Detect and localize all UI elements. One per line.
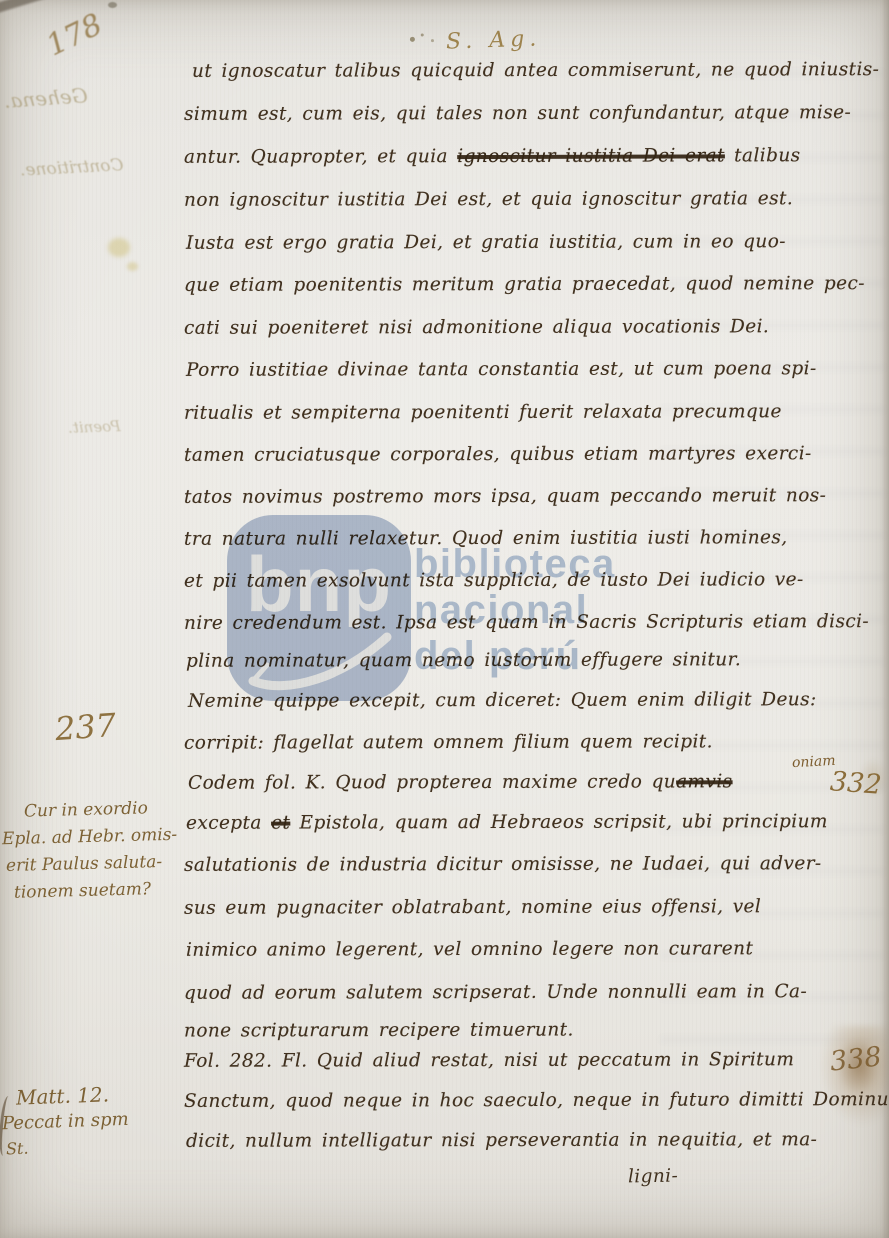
text-line: ritualis et sempiterna poenitenti fuerit… — [184, 401, 782, 424]
text-line: antur. Quapropter, et quia ignoscitur iu… — [184, 145, 801, 168]
page-header-title: S. Ag. — [446, 26, 542, 54]
text-line: Porro iustitiae divinae tanta constantia… — [186, 358, 817, 381]
paper-stain — [127, 262, 138, 271]
corner-ink-mark — [0, 0, 48, 14]
text-line: que etiam poenitentis meritum gratia pra… — [184, 273, 865, 296]
text-line: plina nominatur, quam nemo iustorum effu… — [186, 649, 741, 671]
text-segment: talibus — [725, 145, 801, 166]
text-segment: excepta — [186, 813, 271, 834]
text-line: Sanctum, quod neque in hoc saeculo, nequ… — [184, 1089, 889, 1112]
text-line: nire credendum est. Ipsa est quam in Sac… — [184, 611, 869, 634]
margin-note-matthew-line: Matt. 12. — [16, 1082, 110, 1109]
text-line: tatos novimus postremo mors ipsa, quam p… — [184, 485, 826, 508]
text-line: cati sui poeniteret nisi admonitione ali… — [184, 316, 769, 339]
text-line: salutationis de industria dicitur omisis… — [184, 853, 822, 876]
struck-text: et — [271, 813, 290, 834]
bleedthrough-word: Gehena. — [3, 83, 88, 113]
text-line: corripit: flagellat autem omnem filium q… — [184, 731, 713, 753]
catchword: ligni- — [628, 1166, 679, 1188]
text-line: simum est, cum eis, qui tales non sunt c… — [184, 102, 851, 125]
margin-note-matthew-line: Peccat in spm — [2, 1109, 129, 1134]
marginal-correction-superscript: oniam — [792, 753, 836, 771]
text-line: inimico animo legerent, vel omnino leger… — [186, 938, 753, 960]
margin-note-hebrews-line: Epla. ad Hebr. omis- — [2, 825, 178, 850]
page-number-332: 332 — [829, 766, 883, 801]
struck-text: ignoscitur iustitia Dei erat — [457, 145, 725, 167]
text-segment: antur. Quapropter, et quia — [184, 146, 457, 168]
text-segment: Codem fol. K. Quod propterea maxime cred… — [188, 771, 676, 793]
page-edge-shadow — [881, 0, 889, 1238]
bleedthrough-word: Poenit. — [68, 417, 121, 437]
text-line: Fol. 282. Fl. Quid aliud restat, nisi ut… — [184, 1049, 794, 1072]
text-line: excepta et Epistola, quam ad Hebraeos sc… — [186, 811, 828, 834]
ink-speck — [108, 2, 117, 8]
text-line: ut ignoscatur talibus quicquid antea com… — [192, 59, 879, 82]
text-line: quod ad eorum salutem scripserat. Unde n… — [184, 981, 807, 1004]
margin-folio-number: 237 — [54, 706, 118, 748]
margin-note-hebrews-line: tionem suetam? — [14, 879, 151, 903]
paper-stain — [108, 238, 130, 257]
struck-text: amvis — [676, 771, 732, 792]
margin-note-hebrews-line: erit Paulus saluta- — [6, 852, 163, 876]
bleedthrough-word: Contritione. — [20, 155, 124, 180]
text-line: Codem fol. K. Quod propterea maxime cred… — [188, 771, 733, 793]
text-segment: Epistola, quam ad Hebraeos scripsit, ubi… — [290, 811, 828, 833]
manuscript-page: S. Ag. ut ignoscatur talibus quicquid an… — [0, 0, 889, 1238]
text-line: Nemine quippe excepit, cum diceret: Quem… — [188, 689, 817, 712]
text-line: et pii tamen exsolvunt ista supplicia, d… — [184, 569, 804, 592]
margin-note-hebrews-line: Cur in exordio — [24, 798, 148, 821]
text-line: dicit, nullum intelligatur nisi persever… — [186, 1129, 817, 1152]
text-line: Iusta est ergo gratia Dei, et gratia ius… — [186, 231, 786, 254]
text-line: non ignoscitur iustitia Dei est, et quia… — [184, 188, 793, 211]
bleedthrough-number: 178 — [41, 7, 108, 64]
page-number-338: 338 — [829, 1041, 884, 1077]
text-line: tamen cruciatusque corporales, quibus et… — [184, 443, 812, 466]
text-line: none scripturarum recipere timuerunt. — [184, 1019, 574, 1041]
text-line: sus eum pugnaciter oblatrabant, nomine e… — [184, 896, 761, 919]
margin-note-matthew-line: St. — [6, 1139, 29, 1159]
text-line: tra natura nulli relaxetur. Quod enim iu… — [184, 527, 788, 550]
